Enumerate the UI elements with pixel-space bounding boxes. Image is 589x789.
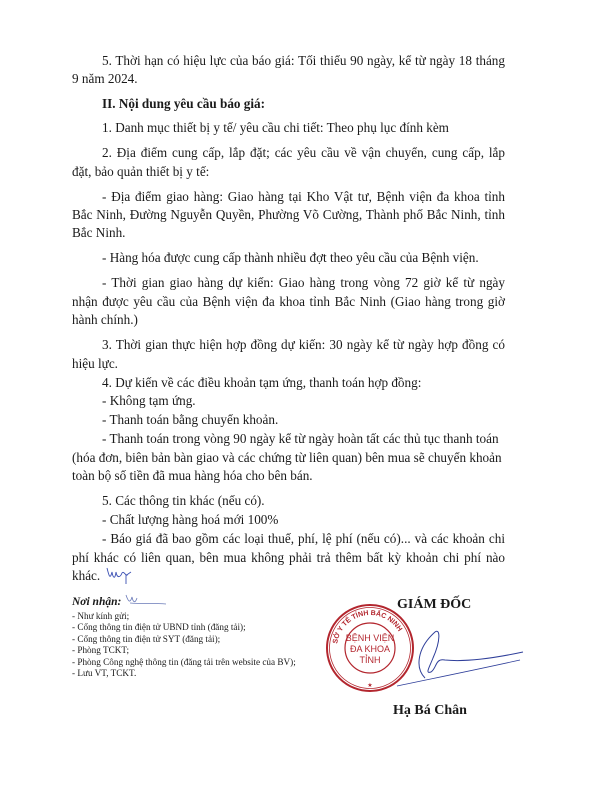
recipient-item: - Như kính gửi; bbox=[72, 612, 129, 621]
hospital-stamp: SỞ Y TẾ TỈNH BẮC NINH BỆNH VIỆN ĐA KHOA … bbox=[325, 603, 415, 693]
delivery-time-cont: nhận được yêu cầu của Bệnh viện đa khoa … bbox=[72, 295, 505, 308]
item-2-cont: đặt, bảo quản thiết bị y tế: bbox=[72, 165, 209, 178]
svg-text:★: ★ bbox=[367, 682, 372, 689]
item-3-cont: hiệu lực. bbox=[72, 357, 118, 370]
item-5: 5. Các thông tin khác (nếu có). bbox=[102, 494, 265, 507]
initial-signature bbox=[104, 564, 134, 586]
payment-terms-end: toàn bộ số tiền đã mua hàng hóa cho bên … bbox=[72, 469, 313, 482]
no-advance: - Không tạm ứng. bbox=[102, 394, 196, 407]
delivery-time-end: hành chính.) bbox=[72, 313, 138, 326]
section-ii-heading: II. Nội dung yêu cầu báo giá: bbox=[102, 97, 265, 110]
price-includes-cont: phí khác có liên quan, bên mua không phả… bbox=[72, 551, 505, 564]
para-5-validity: 5. Thời hạn có hiệu lực của báo giá: Tối… bbox=[102, 54, 505, 67]
payment-terms-cont: (hóa đơn, biên bản bàn giao và các chứng… bbox=[72, 451, 502, 464]
quality: - Chất lượng hàng hoá mới 100% bbox=[102, 513, 278, 526]
delivery-location-end: Bắc Ninh. bbox=[72, 226, 125, 239]
delivery-time: - Thời gian giao hàng dự kiến: Giao hàng… bbox=[102, 276, 505, 289]
signatory-name: Hạ Bá Chân bbox=[393, 703, 467, 719]
recipients-title: Nơi nhận: bbox=[72, 597, 121, 609]
delivery-location-cont: Bắc Ninh, Đường Nguyễn Quyền, Phường Võ … bbox=[72, 208, 505, 221]
bank-transfer: - Thanh toán bằng chuyển khoản. bbox=[102, 413, 278, 426]
recipient-item: - Lưu VT, TCKT. bbox=[72, 669, 136, 678]
recipient-item: - Cổng thông tin điện tử UBND tỉnh (đăng… bbox=[72, 623, 246, 632]
stamp-line: BỆNH VIỆN bbox=[346, 633, 395, 643]
price-includes-end: khác. bbox=[72, 569, 100, 582]
item-3: 3. Thời gian thực hiện hợp đồng dự kiến:… bbox=[102, 338, 505, 351]
item-2: 2. Địa điểm cung cấp, lắp đặt; các yêu c… bbox=[102, 146, 505, 159]
recipient-item: - Cổng thông tin điện tử SYT (đăng tải); bbox=[72, 635, 220, 644]
recipient-item: - Phòng TCKT; bbox=[72, 646, 129, 655]
item-4: 4. Dự kiến về các điều khoản tạm ứng, th… bbox=[102, 376, 421, 389]
recipients-initial bbox=[122, 592, 168, 610]
delivery-batches: - Hàng hóa được cung cấp thành nhiều đợt… bbox=[102, 251, 479, 264]
item-1: 1. Danh mục thiết bị y tế/ yêu cầu chi t… bbox=[102, 121, 449, 134]
payment-terms: - Thanh toán trong vòng 90 ngày kể từ ng… bbox=[102, 432, 499, 445]
para-5-validity-cont: 9 năm 2024. bbox=[72, 72, 138, 85]
stamp-line: TỈNH bbox=[360, 654, 381, 665]
delivery-location: - Địa điểm giao hàng: Giao hàng tại Kho … bbox=[102, 190, 505, 203]
recipient-item: - Phòng Công nghệ thông tin (đăng tải tr… bbox=[72, 658, 296, 667]
stamp-line: ĐA KHOA bbox=[350, 644, 390, 654]
price-includes: - Báo giá đã bao gồm các loại thuế, phí,… bbox=[102, 532, 505, 545]
